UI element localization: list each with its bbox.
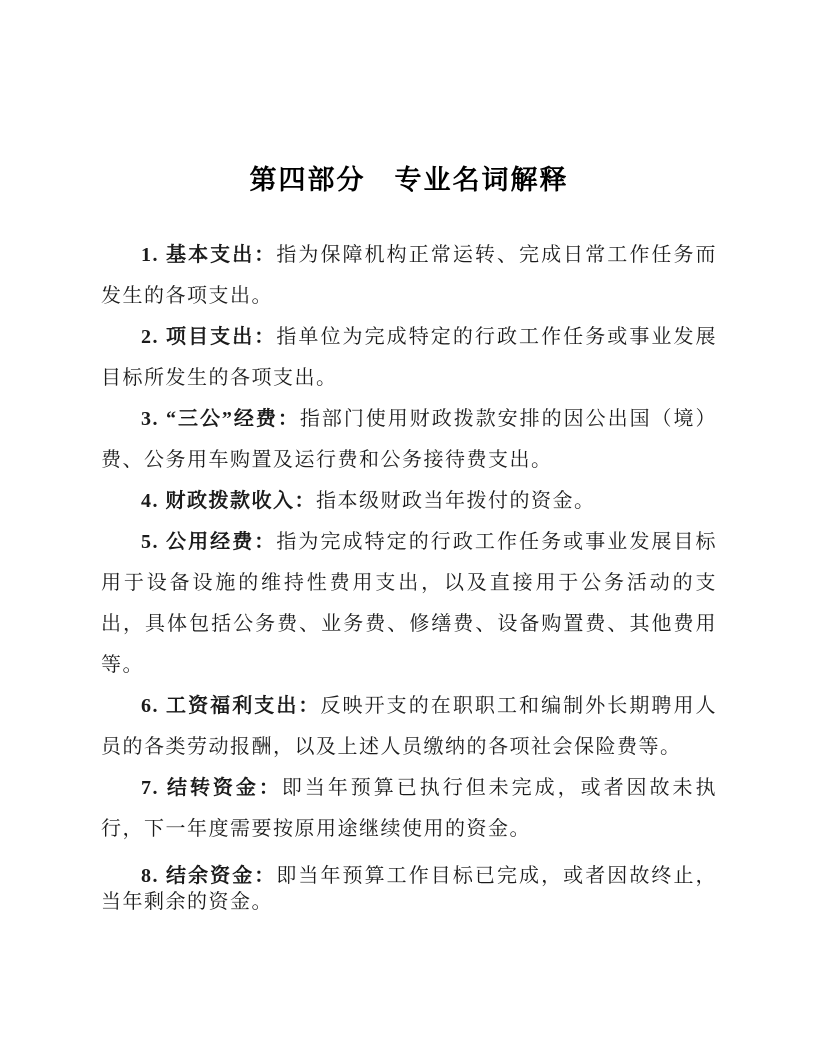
term-label: 7. 结转资金： bbox=[141, 777, 282, 799]
document-page: 第四部分 专业名词解释 1. 基本支出：指为保障机构正常运转、完成日常工作任务而… bbox=[0, 0, 816, 1056]
term-paragraph: 3. “三公”经费：指部门使用财政拨款安排的因公出国（境）费、公务用车购置及运行… bbox=[101, 399, 717, 481]
term-label: 5. 公用经费： bbox=[141, 531, 276, 553]
terms-list: 1. 基本支出：指为保障机构正常运转、完成日常工作任务而发生的各项支出。2. 项… bbox=[101, 235, 717, 915]
document-content: 第四部分 专业名词解释 1. 基本支出：指为保障机构正常运转、完成日常工作任务而… bbox=[101, 158, 717, 915]
term-paragraph: 2. 项目支出：指单位为完成特定的行政工作任务或事业发展目标所发生的各项支出。 bbox=[101, 317, 717, 399]
term-paragraph: 4. 财政拨款收入：指本级财政当年拨付的资金。 bbox=[101, 481, 717, 522]
page-title: 第四部分 专业名词解释 bbox=[101, 158, 717, 197]
term-paragraph: 8. 结余资金：即当年预算工作目标已完成，或者因故终止，当年剩余的资金。 bbox=[101, 863, 717, 915]
term-paragraph: 5. 公用经费：指为完成特定的行政工作任务或事业发展目标用于设备设施的维持性费用… bbox=[101, 522, 717, 686]
term-paragraph: 1. 基本支出：指为保障机构正常运转、完成日常工作任务而发生的各项支出。 bbox=[101, 235, 717, 317]
term-label: 3. “三公”经费： bbox=[141, 408, 300, 430]
term-paragraph: 6. 工资福利支出：反映开支的在职职工和编制外长期聘用人员的各类劳动报酬，以及上… bbox=[101, 686, 717, 768]
term-label: 2. 项目支出： bbox=[141, 326, 276, 348]
term-label: 8. 结余资金： bbox=[141, 865, 276, 887]
term-definition: 指本级财政当年拨付的资金。 bbox=[316, 490, 596, 512]
term-label: 1. 基本支出： bbox=[141, 244, 276, 266]
term-paragraph: 7. 结转资金：即当年预算已执行但未完成，或者因故未执行，下一年度需要按原用途继… bbox=[101, 768, 717, 850]
term-label: 4. 财政拨款收入： bbox=[141, 490, 316, 512]
term-label: 6. 工资福利支出： bbox=[141, 695, 320, 717]
